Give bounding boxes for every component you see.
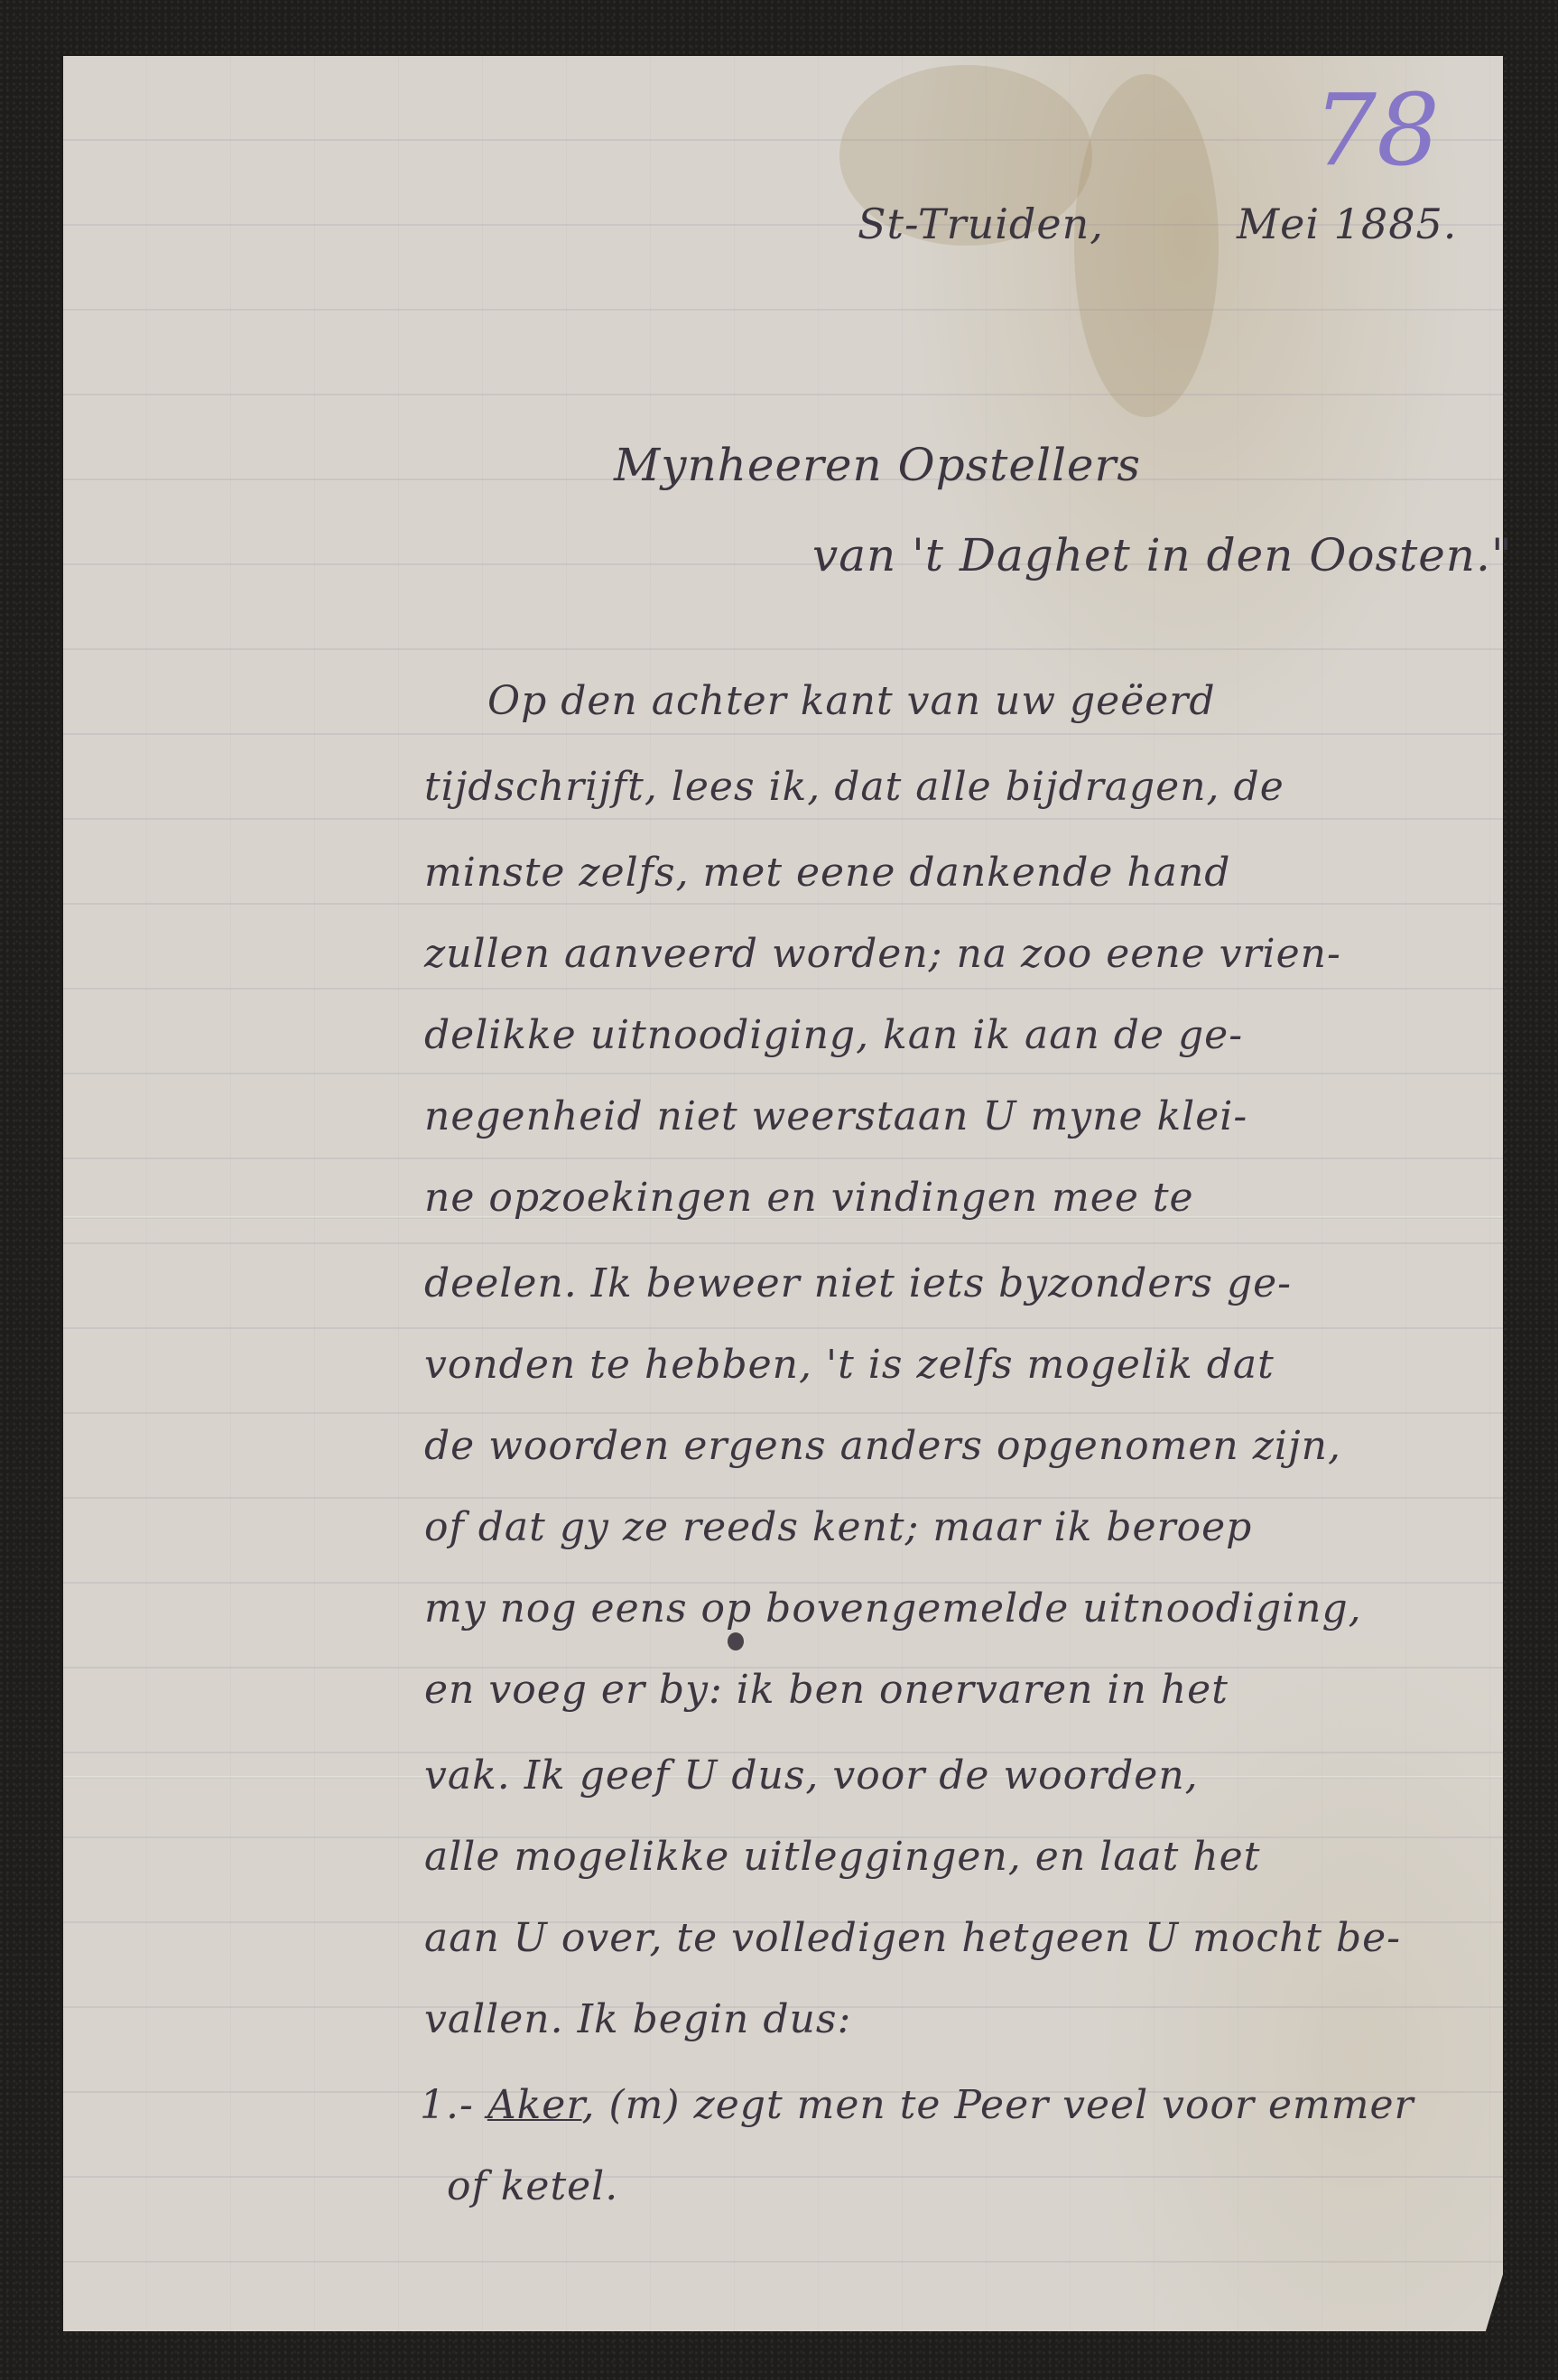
letter-date: Mei 1885. (1237, 203, 1457, 245)
entry-word: Aker (487, 2082, 582, 2128)
body-line: delikke uitnoodiging, kan ik aan de ge- (424, 1016, 1243, 1055)
body-line: negenheid niet weerstaan U myne klei- (424, 1097, 1247, 1137)
body-line: deelen. Ik beweer niet iets byzonders ge… (424, 1264, 1292, 1304)
body-line: minste zelfs, met eene dankende hand (424, 853, 1230, 893)
body-line: of dat gy ze reeds kent; maar ik beroep (424, 1508, 1252, 1548)
body-line: aan U over, te volledigen hetgeen U moch… (424, 1919, 1401, 1958)
entry-continuation: of ketel. (447, 2167, 618, 2207)
body-line: my nog eens op bovengemelde uitnoodiging… (424, 1589, 1362, 1629)
body-line: de woorden ergens anders opgenomen zijn, (424, 1427, 1341, 1466)
body-line: tijdschrijft, lees ik, dat alle bijdrage… (424, 767, 1284, 807)
ink-blot (728, 1632, 744, 1650)
salutation-line-1: Mynheeren Opstellers (614, 442, 1141, 488)
body-line: vallen. Ik begin dus: (424, 2000, 851, 2040)
archive-number: 78 (1313, 72, 1440, 188)
salutation-line-2: van 't Daghet in den Oosten." (812, 533, 1513, 578)
body-line: vak. Ik geef U dus, voor de woorden, (424, 1756, 1199, 1796)
entry-number: 1.- (420, 2082, 474, 2128)
entry-definition: , (m) zegt men te Peer veel voor emmer (582, 2082, 1414, 2128)
body-line: alle mogelikke uitleggingen, en laat het (424, 1837, 1260, 1877)
body-line: zullen aanveerd worden; na zoo eene vrie… (424, 934, 1341, 974)
entry-line: 1.- Aker, (m) zegt men te Peer veel voor… (420, 2086, 1414, 2125)
body-line: en voeg er by: ik ben onervaren in het (424, 1670, 1229, 1710)
body-line: vonden te hebben, 't is zelfs mogelik da… (424, 1345, 1275, 1385)
body-line: ne opzoekingen en vindingen mee te (424, 1178, 1194, 1218)
letter-place: St-Truiden, (858, 203, 1104, 245)
body-line: Op den achter kant van uw geëerd (487, 682, 1216, 721)
